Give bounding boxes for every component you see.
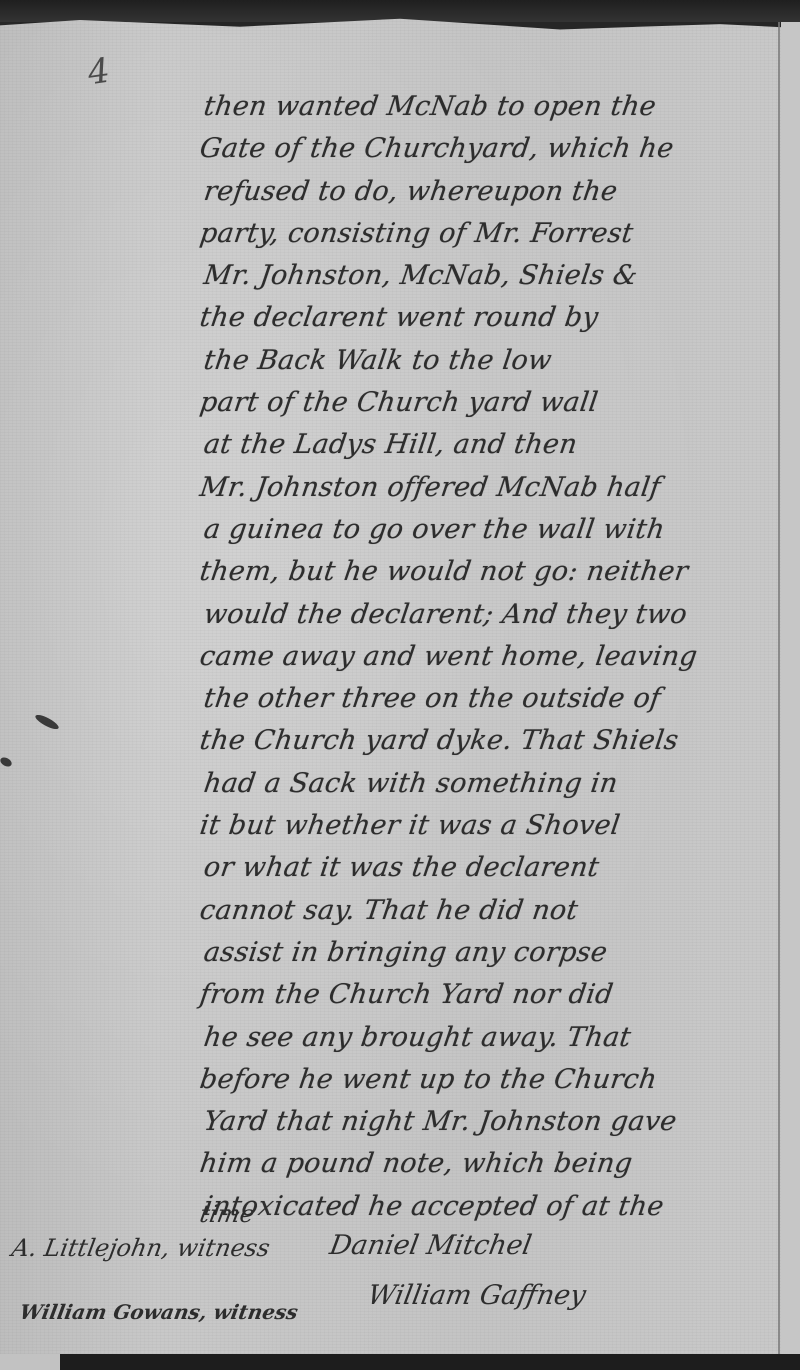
- scan-top-border: [0, 0, 800, 22]
- text-line: part of the Church yard wall: [197, 382, 783, 424]
- text-line: at the Ladys Hill, and then: [197, 424, 783, 466]
- text-line: them, but he would not go: neither: [197, 551, 783, 593]
- witness-signature-gowans: William Gowans, witness: [18, 1300, 300, 1324]
- text-line: a guinea to go over the wall with: [197, 509, 783, 551]
- text-line: the Back Walk to the low: [197, 340, 783, 382]
- closing-word: time: [198, 1200, 257, 1228]
- witness-signature-littlejohn: A. Littlejohn, witness: [10, 1234, 273, 1262]
- declarant-signature: Daniel Mitchel: [327, 1230, 534, 1261]
- signature-block: time A. Littlejohn, witness Daniel Mitch…: [0, 1200, 780, 1350]
- official-signature: William Gaffney: [365, 1280, 588, 1311]
- text-line: refused to do, whereupon the: [197, 171, 783, 213]
- text-line: assist in bringing any corpse: [197, 932, 783, 974]
- text-line: then wanted McNab to open the: [197, 86, 783, 128]
- text-line: would the declarent; And they two: [197, 594, 783, 636]
- text-line: Gate of the Churchyard, which he: [197, 128, 783, 170]
- text-line: Yard that night Mr. Johnston gave: [197, 1101, 783, 1143]
- text-line: the declarent went round by: [197, 297, 783, 339]
- text-line: or what it was the declarent: [197, 847, 783, 889]
- text-line: had a Sack with something in: [197, 763, 783, 805]
- text-line: before he went up to the Church: [197, 1059, 783, 1101]
- text-line: came away and went home, leaving: [197, 636, 783, 678]
- text-line: it but whether it was a Shovel: [197, 805, 783, 847]
- scan-viewer: 4 then wanted McNab to open the Gate of …: [0, 0, 800, 1370]
- text-line: him a pound note, which being: [197, 1143, 783, 1185]
- text-line: cannot say. That he did not: [197, 890, 783, 932]
- text-line: Mr. Johnston offered McNab half: [197, 467, 783, 509]
- declaration-body: then wanted McNab to open the Gate of th…: [200, 86, 780, 1228]
- text-line: the other three on the outside of: [197, 678, 783, 720]
- paper-bottom-tab: [0, 1354, 60, 1370]
- text-line: Mr. Johnston, McNab, Shiels &: [197, 255, 783, 297]
- adjacent-page-edge: [781, 22, 800, 1354]
- scan-bottom-border: [60, 1354, 800, 1370]
- text-line: he see any brought away. That: [197, 1017, 783, 1059]
- text-line: from the Church Yard nor did: [197, 974, 783, 1016]
- text-line: party, consisting of Mr. Forrest: [197, 213, 783, 255]
- text-line: the Church yard dyke. That Shiels: [197, 720, 783, 762]
